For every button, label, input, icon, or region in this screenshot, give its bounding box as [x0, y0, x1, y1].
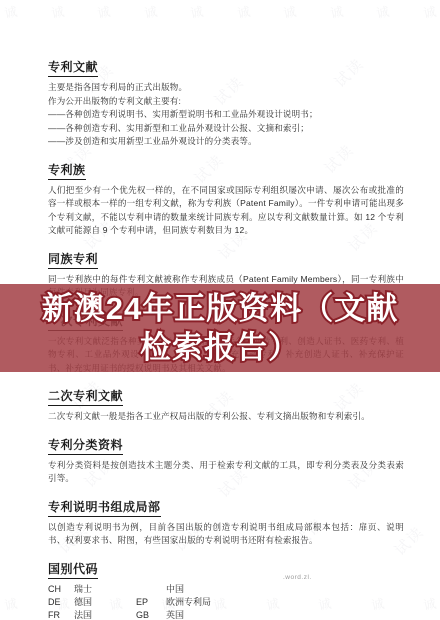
- section-heading: 专利说明书组成局部: [48, 498, 161, 517]
- paragraph-line: ——涉及创造和实用新型工业品外观设计的分类表等。: [48, 135, 404, 149]
- section-spec-structure: 专利说明书组成局部 以创造专利说明书为例，目前各国出版的创造专利说明书组成局部根…: [48, 498, 404, 548]
- section-classification: 专利分类资料 专利分类资料是按创造技术主题分类、用于检索专利文献的工具，即专利分…: [48, 436, 404, 486]
- country-code: DE: [48, 596, 74, 609]
- section-secondary-literature: 二次专利文献 二次专利文献一般是指各工业产权局出版的专利公报、专利文摘出版物和专…: [48, 387, 404, 424]
- paragraph-line: 作为公开出版物的专利文献主要有:: [48, 95, 404, 109]
- promo-overlay-band: 新澳24年正版资料（文献 检索报告）: [0, 284, 440, 372]
- country-name: 法国: [74, 609, 136, 620]
- country-name: 欧洲专利局: [166, 596, 278, 609]
- section-heading: 同族专利: [48, 250, 98, 269]
- country-name: 英国: [166, 609, 278, 620]
- footer-watermark-text: .word.zl.: [283, 574, 312, 581]
- section-heading: 专利分类资料: [48, 436, 123, 455]
- paragraph-line: 主要是指各国专利局的正式出版物。: [48, 81, 404, 95]
- paragraph-line: ——各种创造专利、实用新型和工业品外观设计公报、文摘和索引；: [48, 122, 404, 136]
- section-primary-literature: 新澳24年正版资料（文献 检索报告） 一次专利文献 一次专利文献泛指各种类型的专…: [48, 312, 404, 376]
- table-row: DE 德国 EP 欧洲专利局: [48, 596, 278, 609]
- country-code: CH: [48, 583, 74, 596]
- section-heading: 专利族: [48, 161, 86, 180]
- country-name: 德国: [74, 596, 136, 609]
- section-heading: 二次专利文献: [48, 387, 123, 406]
- section-heading: 国别代码: [48, 560, 98, 579]
- promo-title-line2: 检索报告）: [140, 328, 300, 367]
- paragraph: 专利分类资料是按创造技术主题分类、用于检索专利文献的工具，即专利分类表及分类表索…: [48, 459, 404, 486]
- document-page: 诚诚诚诚诚诚诚诚诚诚诚诚诚诚诚诚诚诚诚试读试读试读试读试读试读试读试读试读试读试…: [0, 0, 440, 620]
- promo-title-line1: 新澳24年正版资料（文献: [42, 289, 398, 328]
- table-row: CH 瑞士 中国: [48, 583, 278, 596]
- country-code: FR: [48, 609, 74, 620]
- paragraph: 以创造专利说明书为例，目前各国出版的创造专利说明书组成局部根本包括：扉页、说明书…: [48, 521, 404, 548]
- country-code: EP: [136, 596, 166, 609]
- section-patent-literature: 专利文献 主要是指各国专利局的正式出版物。 作为公开出版物的专利文献主要有: —…: [48, 58, 404, 149]
- country-name: 中国: [166, 583, 278, 596]
- country-name: 瑞士: [74, 583, 136, 596]
- country-code: [136, 583, 166, 596]
- paragraph: 二次专利文献一般是指各工业产权局出版的专利公报、专利文摘出版物和专利索引。: [48, 410, 404, 424]
- country-code: GB: [136, 609, 166, 620]
- country-code-table: CH 瑞士 中国 DE 德国 EP 欧洲专利局 FR 法国 GB 英国: [48, 583, 404, 620]
- section-patent-family: 专利族 人们把至少有一个优先权一样的，在不同国家或国际专利组织屡次申请、屡次公布…: [48, 161, 404, 238]
- section-heading: 专利文献: [48, 58, 98, 77]
- paragraph: 人们把至少有一个优先权一样的，在不同国家或国际专利组织屡次申请、屡次公布或批准的…: [48, 184, 404, 238]
- paragraph-line: ——各种创造专利说明书、实用新型说明书和工业品外观设计说明书；: [48, 108, 404, 122]
- table-row: FR 法国 GB 英国: [48, 609, 278, 620]
- document-content: 专利文献 主要是指各国专利局的正式出版物。 作为公开出版物的专利文献主要有: —…: [0, 0, 440, 620]
- section-country-codes: 国别代码 CH 瑞士 中国 DE 德国 EP 欧洲专利局 FR 法国: [48, 560, 404, 620]
